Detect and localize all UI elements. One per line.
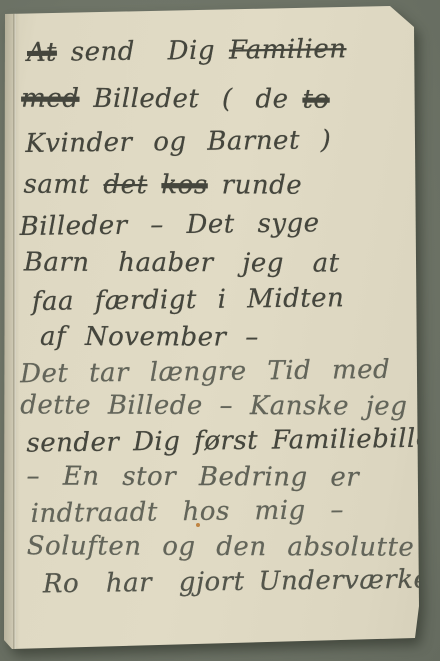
struck-word: At <box>27 38 57 68</box>
handwriting-line: Soluften og den absolutte <box>27 531 415 562</box>
handwriting-line: – En stor Bedring er <box>26 461 359 492</box>
handwriting-line: Det tar længre Tid med <box>20 355 390 390</box>
handwritten-text: send Dig <box>71 36 216 68</box>
struck-word: to <box>302 85 329 115</box>
struck-word: med <box>21 84 79 114</box>
handwritten-text: faa færdigt i Midten <box>32 283 345 317</box>
handwritten-text: dette Billede – Kanske jeg <box>20 390 407 421</box>
letter-page-wrapper: Atsend DigFamilienmedBilledet ( detoKvin… <box>0 0 440 661</box>
handwriting-line: af November – <box>40 322 259 353</box>
handwriting-line: Billeder – Det syge <box>19 208 319 242</box>
handwriting-lines: Atsend DigFamilienmedBilledet ( detoKvin… <box>3 5 420 649</box>
handwriting-line: samtdetkosrunde <box>23 170 302 201</box>
handwritten-text: indtraadt hos mig – <box>30 495 344 529</box>
handwritten-text: Billedet ( de <box>93 84 288 115</box>
handwritten-text: samt <box>23 170 89 200</box>
handwritten-text: af November – <box>40 322 259 353</box>
handwritten-text: Ro har gjort <box>43 567 245 599</box>
handwriting-line: sender Dig først Familiebilledet <box>26 423 440 458</box>
handwriting-line: Barn haaber jeg at <box>24 248 340 279</box>
handwritten-text: Det tar længre Tid med <box>20 355 390 390</box>
handwriting-line: Atsend DigFamilien <box>27 34 347 68</box>
handwriting-line: faa færdigt i Midten <box>32 283 345 317</box>
handwritten-text: Barn haaber jeg at <box>24 248 340 279</box>
handwriting-line: medBilledet ( deto <box>21 84 330 115</box>
letter-page: Atsend DigFamilienmedBilledet ( detoKvin… <box>4 6 419 649</box>
photo-background: Atsend DigFamilienmedBilledet ( detoKvin… <box>0 0 440 661</box>
handwritten-text: runde <box>222 170 303 200</box>
struck-word: Familien <box>229 34 347 65</box>
handwriting-line: Ro har gjortUnderværker <box>43 564 440 599</box>
handwriting-line: Kvinder og Barnet ) <box>25 125 331 159</box>
handwritten-text: Billeder – Det syge <box>19 208 319 242</box>
struck-word: det <box>103 170 147 200</box>
handwritten-text: Underværker <box>258 564 440 596</box>
handwritten-text: – En stor Bedring er <box>26 461 359 492</box>
struck-word: kos <box>161 170 207 200</box>
handwritten-text: sender Dig først Familiebilledet <box>26 423 440 458</box>
handwritten-text: Kvinder og Barnet ) <box>25 125 331 159</box>
handwriting-line: dette Billede – Kanske jeg <box>20 390 407 421</box>
handwritten-text: Soluften og den absolutte <box>27 531 415 562</box>
handwriting-line: indtraadt hos mig – <box>30 495 344 529</box>
